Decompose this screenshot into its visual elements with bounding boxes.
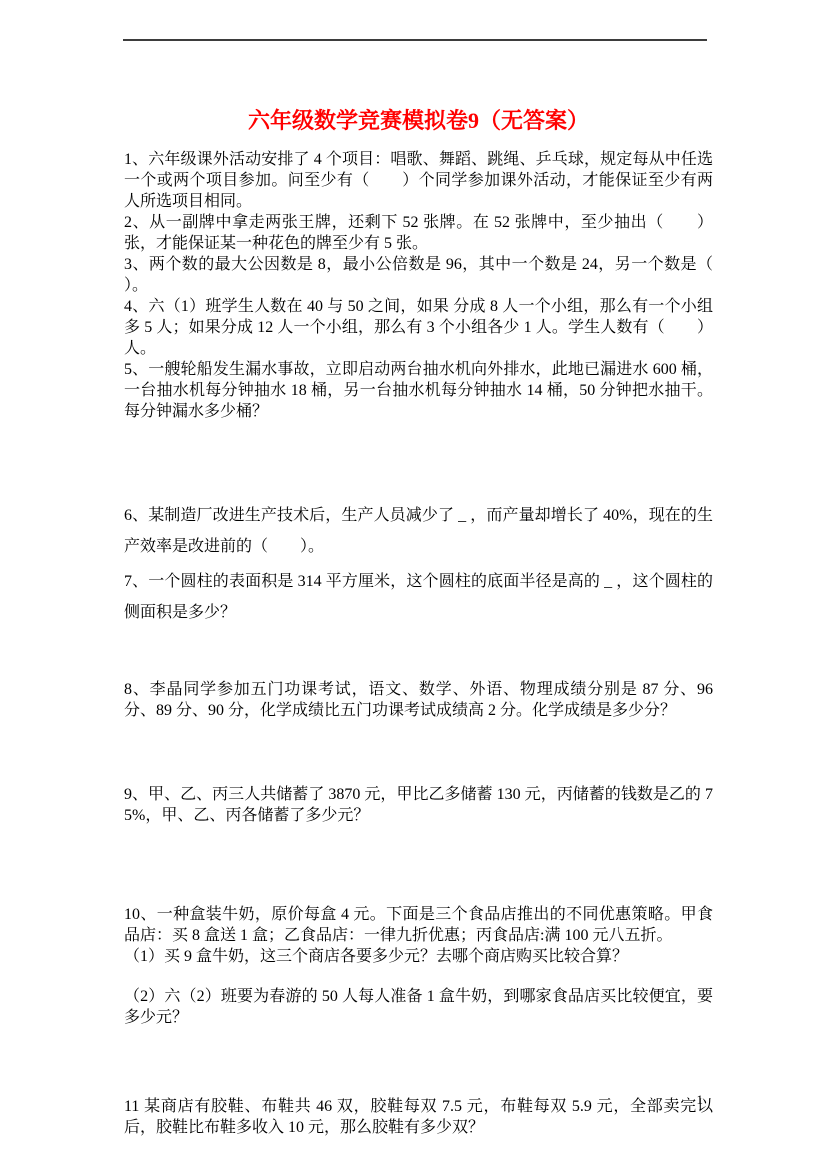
question-9: 9、甲、乙、丙三人共储蓄了 3870 元，甲比乙多储蓄 130 元，丙储蓄的钱数… [124,784,713,826]
question-10-part-1: （1）买 9 盒牛奶，这三个商店各要多少元？去哪个商店购买比较合算？ [124,946,713,967]
question-11: 11 某商店有胶鞋、布鞋共 46 双，胶鞋每双 7.5 元，布鞋每双 5.9 元… [124,1096,713,1138]
question-6: 6、某制造厂改进生产技术后，生产人员减少了 _ ，而产量却增长了 40%，现在的… [124,500,713,562]
page-number: 1 [697,1092,704,1108]
question-5: 5、一艘轮船发生漏水事故，立即启动两台抽水机向外排水，此地已漏进水 600 桶，… [124,359,713,422]
question-7: 7、一个圆柱的表面积是 314 平方厘米，这个圆柱的底面半径是高的 _ ，这个圆… [124,566,713,628]
question-10-part-2: （2）六（2）班要为春游的 50 人每人准备 1 盒牛奶，到哪家食品店买比较便宜… [124,986,713,1028]
question-2: 2、从一副牌中拿走两张王牌，还剩下 52 张牌。在 52 张牌中，至少抽出（ ）… [124,212,713,254]
document-body: 六年级数学竞赛模拟卷9（无答案） 1、六年级课外活动安排了 4 个项目：唱歌、舞… [124,0,713,1138]
question-1: 1、六年级课外活动安排了 4 个项目：唱歌、舞蹈、跳绳、乒乓球，规定每从中任选一… [124,149,713,212]
question-8: 8、李晶同学参加五门功课考试，语文、数学、外语、物理成绩分别是 87 分、96 … [124,679,713,721]
question-4: 4、六（1）班学生人数在 40 与 50 之间，如果 分成 8 人一个小组，那么… [124,296,713,359]
page-title: 六年级数学竞赛模拟卷9（无答案） [124,106,713,136]
document-page: 六年级数学竞赛模拟卷9（无答案） 1、六年级课外活动安排了 4 个项目：唱歌、舞… [0,0,827,1170]
question-10: 10、一种盒装牛奶，原价每盒 4 元。下面是三个食品店推出的不同优惠策略。甲食品… [124,904,713,946]
question-3: 3、两个数的最大公因数是 8，最小公倍数是 96，其中一个数是 24，另一个数是… [124,254,713,296]
